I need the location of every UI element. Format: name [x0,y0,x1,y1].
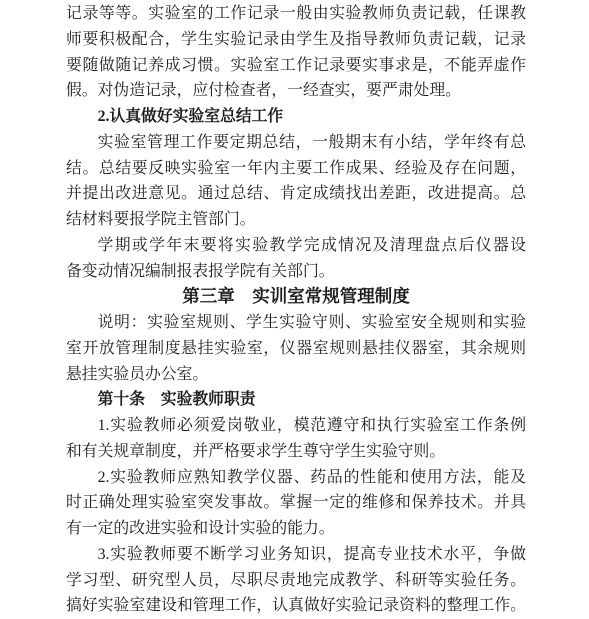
text-line: 悬挂实验员办公室。 [66,362,526,388]
text-line: 备变动情况编制报表报学院有关部门。 [66,259,526,285]
text-line: 时正确处理实验室突发事故。掌握一定的维修和保养技术。并具 [66,490,526,516]
text-line: 搞好实验室建设和管理工作，认真做好实验记录资料的整理工作。 [66,593,526,619]
section-heading: 第十条 实验教师职责 [66,387,526,413]
text-line: 有一定的改进实验和设计实验的能力。 [66,516,526,542]
text-line: 结材料要报学院主管部门。 [66,207,526,233]
document-page: 记录等等。实验室的工作记录一般由实验教师负责记载，任课教师要积极配合，学生实验记… [0,0,589,619]
text-line: 记录等等。实验室的工作记录一般由实验教师负责记载，任课教 [66,1,526,27]
text-line: 并提出改进意见。通过总结、肯定成绩找出差距，改进提高。总 [66,181,526,207]
text-line: 3.实验教师要不断学习业务知识，提高专业技术水平，争做 [66,542,526,568]
text-line: 和有关规章制度，并严格要求学生尊守学生实验守则。 [66,439,526,465]
text-line: 学期或学年末要将实验教学完成情况及清理盘点后仪器设 [66,233,526,259]
text-line: 学习型、研究型人员，尽职尽责地完成教学、科研等实验任务。 [66,568,526,594]
text-line: 实验室管理工作要定期总结，一般期末有小结，学年终有总 [66,130,526,156]
text-line: 要随做随记养成习惯。实验室工作记录要实事求是，不能弄虚作 [66,53,526,79]
text-line: 结。总结要反映实验室一年内主要工作成果、经验及存在问题， [66,156,526,182]
text-line: 说明：实验室规则、学生实验守则、实验室安全规则和实验 [66,310,526,336]
section-heading: 2.认真做好实验室总结工作 [66,104,526,130]
text-line: 假。对伪造记录，应付检查者，一经查实，要严肃处理。 [66,78,526,104]
text-line: 室开放管理制度悬挂实验室，仪器室规则悬挂仪器室，其余规则 [66,336,526,362]
document-text: 记录等等。实验室的工作记录一般由实验教师负责记载，任课教师要积极配合，学生实验记… [66,1,526,619]
text-line: 师要积极配合，学生实验记录由学生及指导教师负责记载，记录 [66,27,526,53]
text-line: 2.实验教师应熟知教学仪器、药品的性能和使用方法，能及 [66,465,526,491]
text-line: 1.实验教师必须爱岗敬业，模范遵守和执行实验室工作条例 [66,413,526,439]
chapter-heading: 第三章 实训室常规管理制度 [66,284,526,310]
